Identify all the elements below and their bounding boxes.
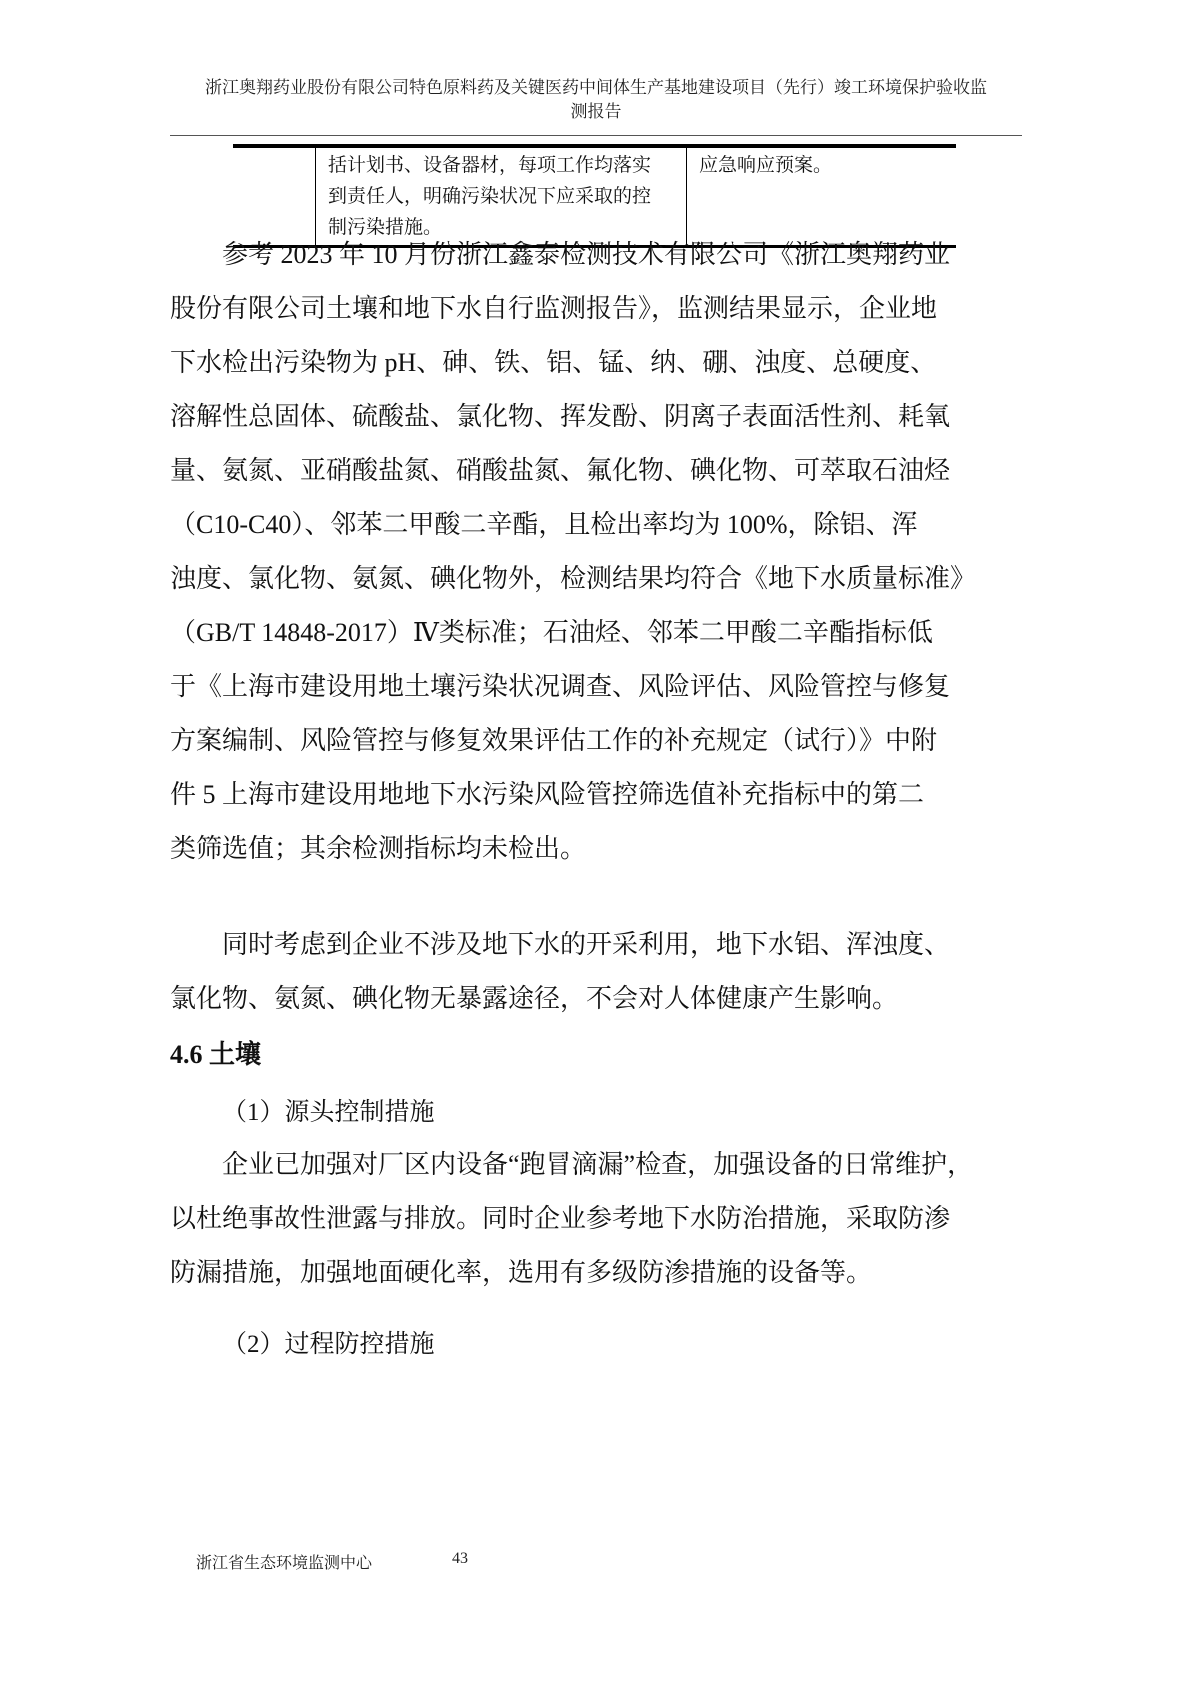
page-number: 43 <box>452 1550 468 1568</box>
header-rule <box>170 135 1022 136</box>
section-heading: 4.6 土壤 <box>170 1034 261 1071</box>
page-header: 浙江奥翔药业股份有限公司特色原料药及关键医药中间体生产基地建设项目（先行）竣工环… <box>170 76 1022 124</box>
text-line: 于《上海市建设用地土壤污染状况调查、风险评估、风险管控与修复 <box>170 660 942 714</box>
paragraph-groundwater-results: 参考 2023 年 10 月份浙江鑫泰检测技术有限公司《浙江奥翔药业 股份有限公… <box>170 228 942 876</box>
text-line: 企业已加强对厂区内设备“跑冒滴漏”检查，加强设备的日常维护， <box>170 1138 942 1192</box>
text-line: 氯化物、氨氮、碘化物无暴露途径，不会对人体健康产生影响。 <box>170 972 942 1026</box>
text-line: 类筛选值；其余检测指标均未检出。 <box>170 822 942 876</box>
text-line: 参考 2023 年 10 月份浙江鑫泰检测技术有限公司《浙江奥翔药业 <box>170 228 942 282</box>
text-line: （C10-C40）、邻苯二甲酸二辛酯，且检出率均为 100%，除铝、浑 <box>170 498 942 552</box>
text-line: 量、氨氮、亚硝酸盐氮、硝酸盐氮、氟化物、碘化物、可萃取石油烃 <box>170 444 942 498</box>
paragraph-source-control: 企业已加强对厂区内设备“跑冒滴漏”检查，加强设备的日常维护， 以杜绝事故性泄露与… <box>170 1138 942 1300</box>
text-line: 溶解性总固体、硫酸盐、氯化物、挥发酚、阴离子表面活性剂、耗氧 <box>170 390 942 444</box>
text-line: 同时考虑到企业不涉及地下水的开采利用，地下水铝、浑浊度、 <box>170 918 942 972</box>
header-title-line1: 浙江奥翔药业股份有限公司特色原料药及关键医药中间体生产基地建设项目（先行）竣工环… <box>170 76 1022 100</box>
text-line: 下水检出污染物为 pH、砷、铁、铝、锰、纳、硼、浊度、总硬度、 <box>170 336 942 390</box>
footer-organization: 浙江省生态环境监测中心 <box>196 1550 372 1573</box>
text-line: 浊度、氯化物、氨氮、碘化物外，检测结果均符合《地下水质量标准》 <box>170 552 942 606</box>
text-line: 防漏措施，加强地面硬化率，选用有多级防渗措施的设备等。 <box>170 1246 942 1300</box>
text-line: 件 5 上海市建设用地地下水污染风险管控筛选值补充指标中的第二 <box>170 768 942 822</box>
header-title-line2: 测报告 <box>170 100 1022 124</box>
subheading-process-control: （2）过程防控措施 <box>222 1324 435 1360</box>
text-line: 股份有限公司土壤和地下水自行监测报告》，监测结果显示，企业地 <box>170 282 942 336</box>
text-line: 以杜绝事故性泄露与排放。同时企业参考地下水防治措施，采取防渗 <box>170 1192 942 1246</box>
text-line: （GB/T 14848-2017）Ⅳ类标准；石油烃、邻苯二甲酸二辛酯指标低 <box>170 606 942 660</box>
text-line: 方案编制、风险管控与修复效果评估工作的补充规定（试行）》中附 <box>170 714 942 768</box>
subheading-source-control: （1）源头控制措施 <box>222 1092 435 1128</box>
paragraph-exposure: 同时考虑到企业不涉及地下水的开采利用，地下水铝、浑浊度、 氯化物、氨氮、碘化物无… <box>170 918 942 1026</box>
cell-line: 到责任人，明确污染状况下应采取的控 <box>328 181 678 212</box>
cell-line: 括计划书、设备器材，每项工作均落实 <box>328 150 678 181</box>
